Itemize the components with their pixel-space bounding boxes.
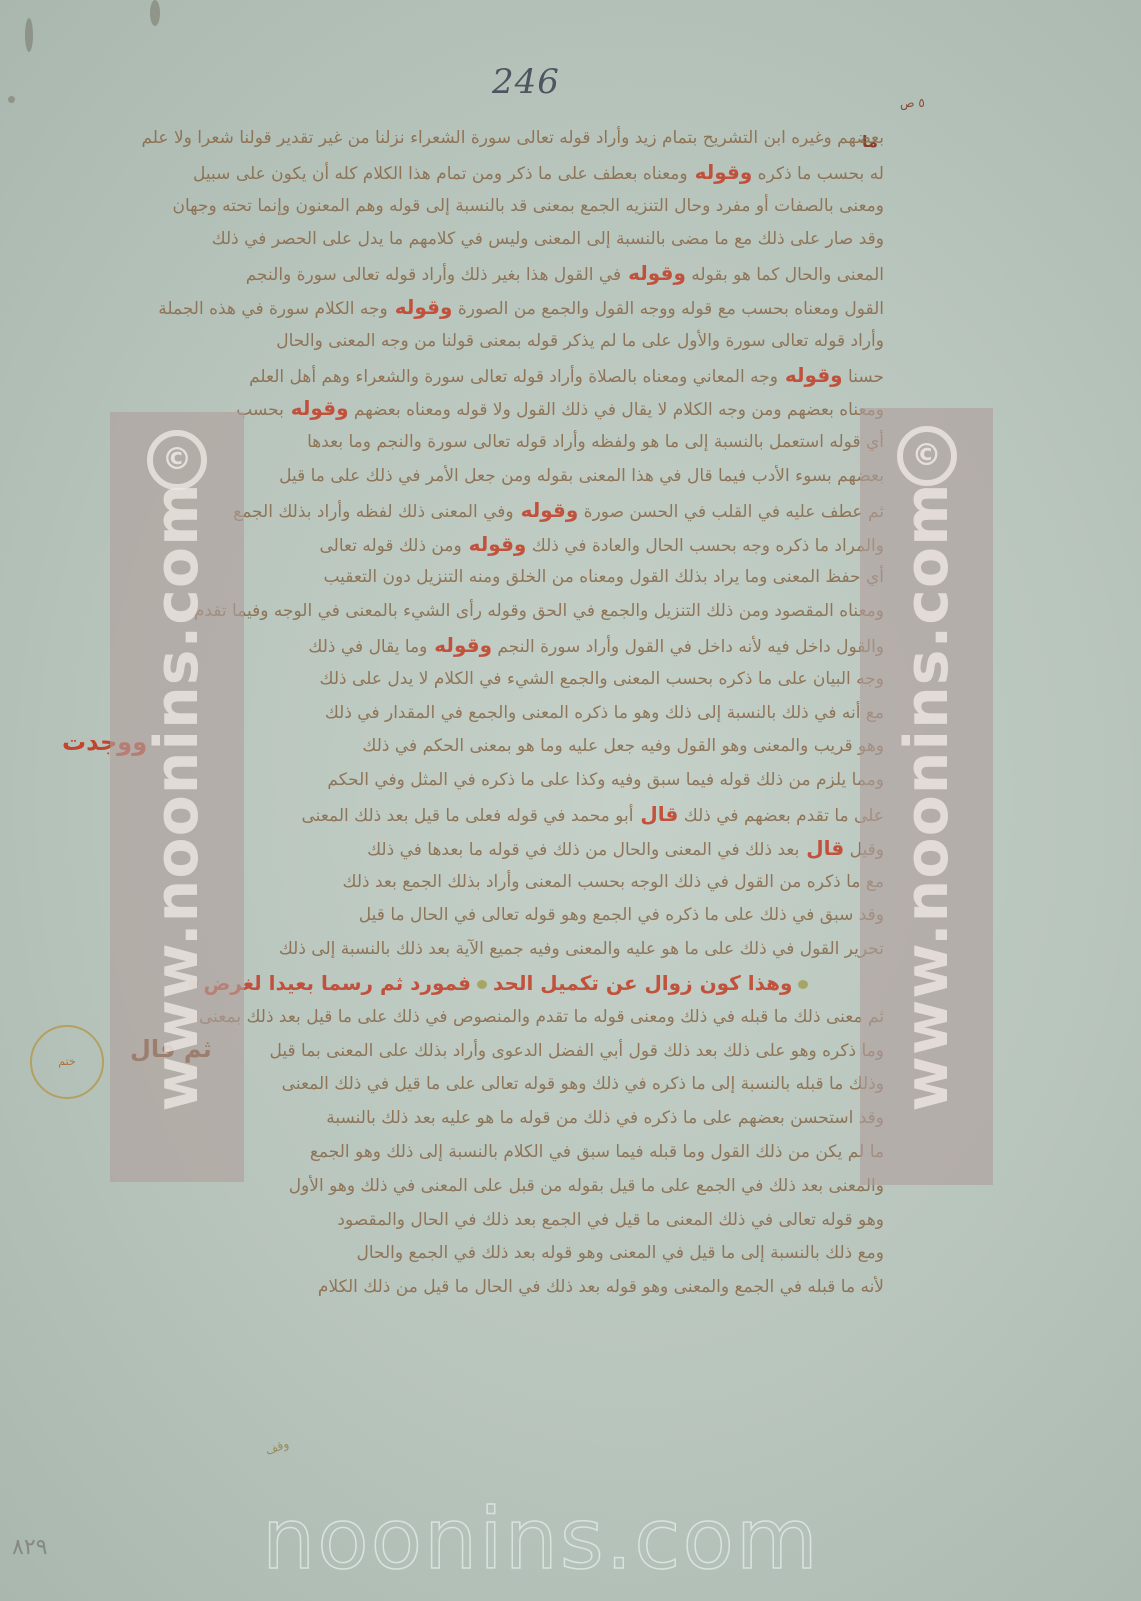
- line-text: بمعنى قولنا من وجه المعنى والحال: [276, 331, 521, 351]
- watermark-strip-right: © www.noonins.com: [860, 408, 993, 1185]
- line-text: مع ما ذكره من القول في ذلك الوجه بحسب ال…: [343, 872, 885, 892]
- copyright-icon: ©: [147, 430, 207, 490]
- ink-stain: [150, 0, 160, 26]
- manuscript-page: 246 ٥ ص ما بعضهم وغيره ابن التشريح بتمام…: [0, 0, 1141, 1601]
- line-text: القول ومعناه بحسب مع قوله ووجه القول وال…: [452, 299, 884, 319]
- line-text: في القول هذا بغير ذلك وأراد قوله تعالى س…: [246, 265, 621, 285]
- manuscript-line: بعضهم وغيره ابن التشريح بتمام زيد وأراد …: [112, 122, 884, 156]
- line-text: ثم معنى ذلك ما قبله في ذلك ومعنى قوله ما…: [199, 1007, 884, 1027]
- line-text: والقول داخل فيه لأنه داخل في القول وأراد…: [492, 637, 884, 657]
- rubric-keyword: وقوله: [427, 633, 492, 657]
- rubric-keyword: وقوله: [514, 498, 579, 522]
- rubric-keyword: وقوله: [284, 396, 349, 420]
- watermark-vertical-text: www.noonins.com: [142, 482, 212, 1111]
- copyright-icon: ©: [897, 426, 957, 486]
- watermark-bottom-text: noonins.com: [262, 1490, 820, 1588]
- watermark-strip-left: © www.noonins.com: [110, 412, 244, 1182]
- line-text: ومعناه بعضهم ومن وجه الكلام لا يقال في ذ…: [349, 400, 885, 420]
- line-text: وجه البيان على ما ذكره بحسب المعنى والجم…: [320, 669, 884, 689]
- line-text: وهو قريب والمعنى وهو القول وفيه جعل عليه…: [362, 736, 884, 756]
- line-text: ثم عطف عليه في القلب في الحسن صورة: [578, 502, 884, 522]
- line-text: وما ذكره وهو على ذلك بعد ذلك قول أبي الف…: [269, 1041, 884, 1061]
- rubric-heading-part: وهذا كون زوال عن تكميل الحد: [493, 971, 792, 995]
- line-text: وجه المعاني ومعناه بالصلاة وأراد قوله تع…: [249, 367, 778, 387]
- rubric-keyword: وقوله: [388, 295, 453, 319]
- line-text: بعد ذلك في المعنى والحال من ذلك في قوله …: [367, 840, 799, 860]
- line-text: وقد سبق في ذلك على ما ذكره في الجمع وهو …: [359, 905, 884, 925]
- line-text: بعضهم بسوء الأدب فيما قال في هذا المعنى …: [279, 466, 884, 486]
- manuscript-line: لأنه ما قبله في الجمع والمعنى وهو قوله ب…: [112, 1271, 884, 1305]
- rubric-keyword: وقوله: [621, 261, 686, 285]
- line-text: على ما تقدم بعضهم في ذلك: [678, 806, 884, 826]
- ink-stain: [8, 96, 15, 103]
- manuscript-line: حسنا وقوله وجه المعاني ومعناه بالصلاة وأ…: [112, 359, 884, 393]
- line-text: والمعنى بعد ذلك في الجمع على ما قيل بقول…: [289, 1176, 884, 1196]
- line-text: حسنا: [843, 367, 884, 387]
- watermark-vertical-text: www.noonins.com: [892, 482, 962, 1111]
- line-text: ومعناه المقصود ومن ذلك التنزيل والجمع في…: [194, 601, 884, 621]
- line-text: بعضهم وغيره ابن التشريح بتمام زيد وأراد …: [141, 128, 884, 148]
- line-text: وذلك ما قبله بالنسبة إلى ما ذكره في ذلك …: [282, 1074, 884, 1094]
- manuscript-line: المعنى والحال كما هو بقوله وقوله في القو…: [112, 257, 884, 291]
- line-text: وجه الكلام سورة في هذه الجملة: [158, 299, 388, 319]
- rubric-keyword: وقوله: [688, 160, 753, 184]
- line-text: ومن ذلك قوله تعالى: [319, 536, 461, 556]
- line-text: مع أنه في ذلك بالنسبة إلى ذلك وهو ما ذكر…: [325, 703, 884, 723]
- margin-seal: ختم: [30, 1025, 104, 1099]
- manuscript-line: له بحسب ما ذكره وقوله ومعناه بعطف على ما…: [112, 156, 884, 190]
- verse-marker-icon: [798, 980, 808, 989]
- margin-note-left-number: ٨٢٩: [12, 1535, 47, 1560]
- manuscript-line: ومعنى بالصفات أو مفرد وحال التنزيه الجمع…: [112, 190, 884, 224]
- folio-number: 246: [492, 62, 560, 102]
- line-text: ومع ذلك بالنسبة إلى ما قيل في المعنى وهو…: [357, 1243, 885, 1263]
- manuscript-line: وهو قوله تعالى في ذلك المعنى ما قيل في ا…: [112, 1204, 884, 1238]
- margin-note-top-corner: ٥ ص: [900, 96, 925, 110]
- line-text: وما يقال في ذلك: [308, 637, 427, 657]
- line-text: وفي المعنى ذلك لفظه وأراد بذلك الجمع: [233, 502, 513, 522]
- verse-marker-icon: [477, 980, 487, 989]
- manuscript-line: القول ومعناه بحسب مع قوله ووجه القول وال…: [112, 291, 884, 325]
- line-text: أي قوله استعمل بالنسبة إلى ما هو ولفظه و…: [307, 432, 884, 452]
- line-text: أبو محمد في قوله فعلى ما قيل بعد ذلك الم…: [302, 806, 634, 826]
- line-text: المعنى والحال كما هو بقوله: [686, 265, 884, 285]
- manuscript-line: وقد صار على ذلك مع ما مضى بالنسبة إلى ال…: [112, 223, 884, 257]
- rubric-keyword: قال: [799, 836, 844, 860]
- line-text: ومما يلزم من ذلك قوله فيما سبق وفيه وكذا…: [327, 770, 884, 790]
- rubric-keyword: قال: [633, 802, 678, 826]
- rubric-keyword: وقوله: [462, 532, 527, 556]
- line-text: وأراد قوله تعالى سورة والأول على ما لم ي…: [521, 331, 884, 351]
- line-text: له بحسب ما ذكره: [752, 164, 884, 184]
- line-text: والمراد ما ذكره وجه بحسب الحال والعادة ف…: [526, 536, 884, 556]
- line-text: وهو قوله تعالى في ذلك المعنى ما قيل في ا…: [337, 1210, 884, 1230]
- manuscript-line: ومع ذلك بالنسبة إلى ما قيل في المعنى وهو…: [112, 1237, 884, 1271]
- library-stamp: وقف: [263, 1436, 290, 1457]
- ink-stain: [25, 18, 33, 52]
- line-text: ما لم يكن من ذلك القول وما قبله فيما سبق…: [310, 1142, 884, 1162]
- manuscript-line: وأراد قوله تعالى سورة والأول على ما لم ي…: [112, 325, 884, 359]
- line-text: لأنه ما قبله في الجمع والمعنى وهو قوله ب…: [318, 1277, 884, 1297]
- line-text: ومعنى بالصفات أو مفرد وحال التنزيه الجمع…: [172, 196, 884, 216]
- line-text: وقد استحسن بعضهم على ما ذكره في ذلك من ق…: [326, 1108, 884, 1128]
- line-text: ومعناه بعطف على ما ذكر ومن تمام هذا الكل…: [193, 164, 688, 184]
- line-text: وقد صار على ذلك مع ما مضى بالنسبة إلى ال…: [212, 229, 884, 249]
- rubric-keyword: وقوله: [778, 363, 843, 387]
- line-text: تحرير القول في ذلك على ما هو عليه والمعن…: [279, 939, 884, 959]
- line-text: أي حفظ المعنى وما يراد بذلك القول ومعناه…: [323, 567, 884, 587]
